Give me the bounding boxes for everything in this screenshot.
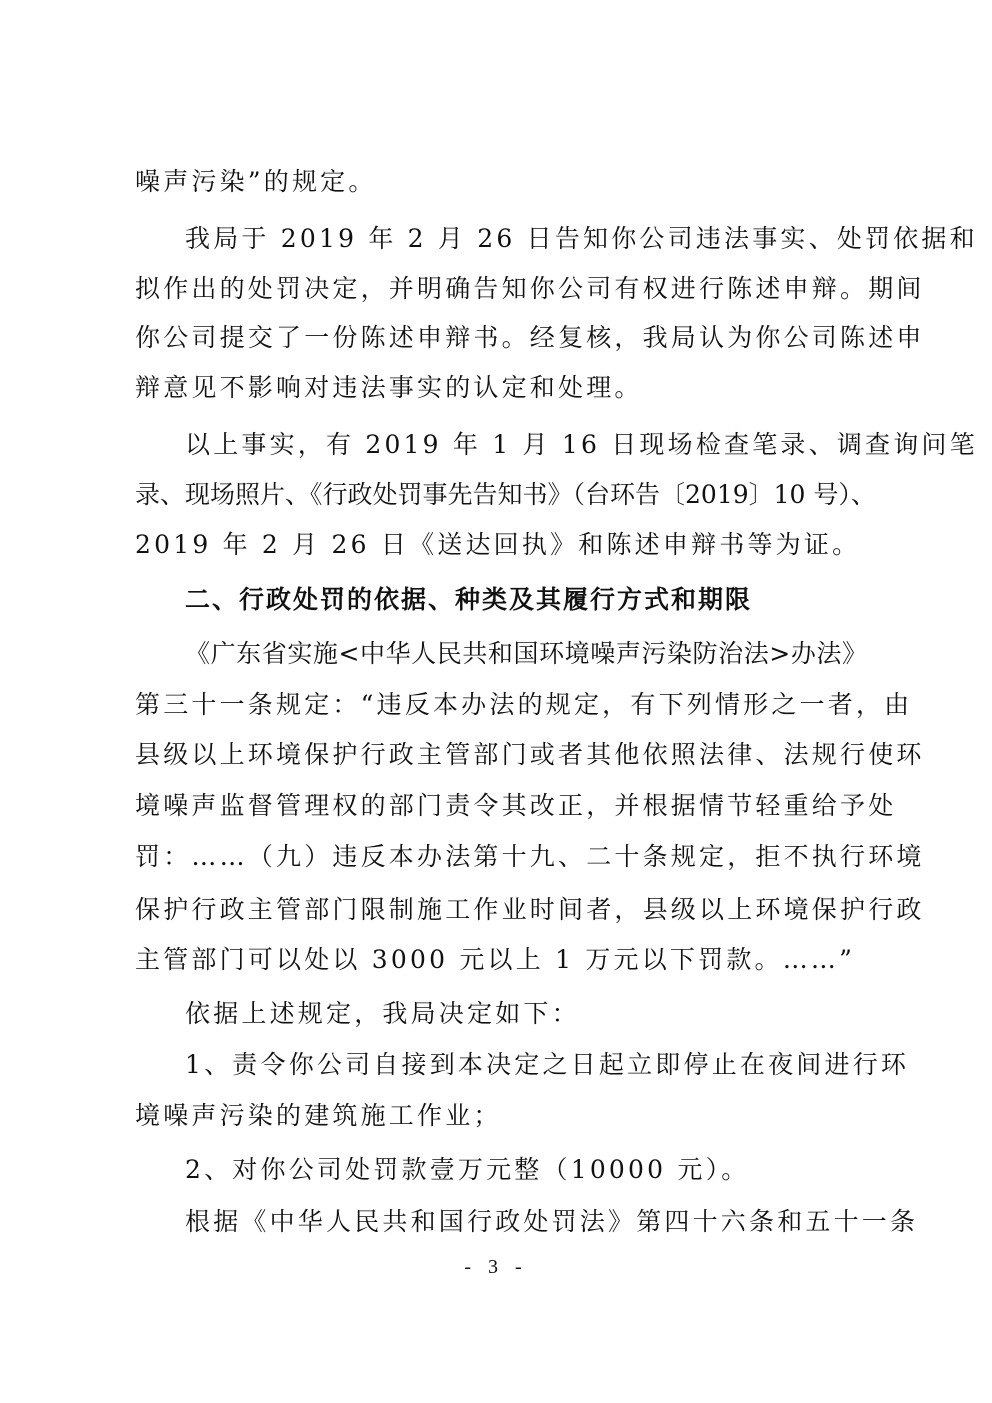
text-line: 境噪声监督管理权的部门责令其改正，并根据情节轻重给予处	[135, 789, 867, 823]
page-number: - 3 -	[0, 1256, 992, 1279]
text-line: 境噪声污染的建筑施工作业；	[135, 1099, 867, 1133]
text-line: 2019 年 2 月 26 日《送达回执》和陈述申辩书等为证。	[135, 528, 867, 562]
list-item-1: 1、责令你公司自接到本决定之日起立即停止在夜间进行环	[185, 1048, 867, 1082]
text-line: 以上事实，有 2019 年 1 月 16 日现场检查笔录、调查询问笔	[185, 428, 867, 462]
text-line: 主管部门可以处以 3000 元以上 1 万元以下罚款。……”	[135, 943, 867, 977]
text-line: 罚：……（九）违反本办法第十九、二十条规定，拒不执行环境	[135, 840, 867, 874]
list-item-2: 2、对你公司处罚款壹万元整（10000 元）。	[185, 1153, 867, 1187]
text-line: 第三十一条规定：“违反本办法的规定，有下列情形之一者，由	[135, 688, 867, 722]
text-line: 县级以上环境保护行政主管部门或者其他依照法律、法规行使环	[135, 738, 867, 772]
section-heading: 二、行政处罚的依据、种类及其履行方式和期限	[185, 583, 867, 617]
text-line: 拟作出的处罚决定，并明确告知你公司有权进行陈述申辩。期间	[135, 272, 867, 306]
text-line: 辩意见不影响对违法事实的认定和处理。	[135, 371, 867, 405]
text-line: 我局于 2019 年 2 月 26 日告知你公司违法事实、处罚依据和	[185, 222, 867, 256]
text-line: 保护行政主管部门限制施工作业时间者，县级以上环境保护行政	[135, 893, 867, 927]
text-line: 噪声污染”的规定。	[135, 165, 867, 199]
document-page: 噪声污染”的规定。 我局于 2019 年 2 月 26 日告知你公司违法事实、处…	[0, 0, 992, 1403]
text-line: 录、现场照片、《行政处罚事先告知书》（台环告〔2019〕10 号）、	[135, 478, 867, 512]
text-line: 你公司提交了一份陈述申辩书。经复核，我局认为你公司陈述申	[135, 321, 867, 355]
text-line: 依据上述规定，我局决定如下：	[185, 997, 867, 1031]
text-line: 《广东省实施<中华人民共和国环境噪声污染防治法>办法》	[185, 637, 867, 671]
text-line: 根据《中华人民共和国行政处罚法》第四十六条和五十一条	[185, 1205, 867, 1239]
